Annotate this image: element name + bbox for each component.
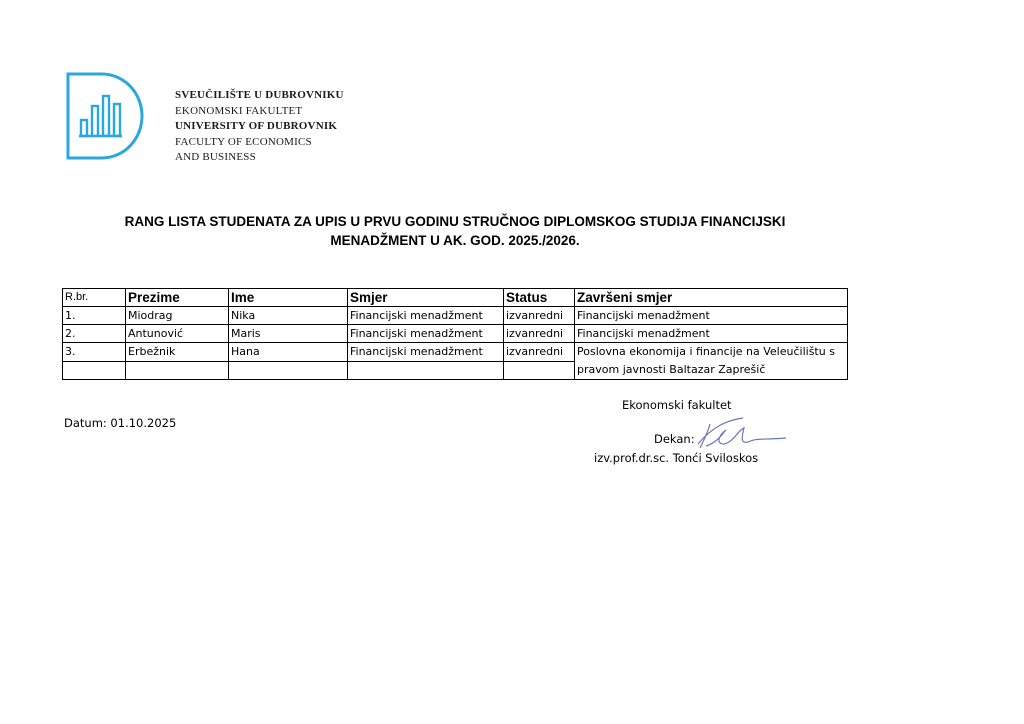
header-ime: Ime bbox=[229, 289, 348, 307]
cell-zavrseni-smjer: Poslovna ekonomija i financije na Veleuč… bbox=[575, 343, 848, 380]
dean-name: izv.prof.dr.sc. Tonći Sviloskos bbox=[594, 451, 758, 465]
header-prezime: Prezime bbox=[126, 289, 229, 307]
cell-ime: Maris bbox=[229, 325, 348, 343]
date-label: Datum: 01.10.2025 bbox=[64, 416, 176, 430]
cell-rbr: 1. bbox=[63, 307, 126, 325]
header-zavrseni-smjer: Završeni smjer bbox=[575, 289, 848, 307]
institution-line: SVEUČILIŠTE U DUBROVNIKU bbox=[175, 88, 344, 104]
cell-empty bbox=[126, 361, 229, 380]
cell-rbr: 2. bbox=[63, 325, 126, 343]
cell-prezime: Antunović bbox=[126, 325, 229, 343]
cell-smjer: Financijski menadžment bbox=[348, 307, 504, 325]
cell-empty bbox=[348, 361, 504, 380]
cell-smjer: Financijski menadžment bbox=[348, 343, 504, 362]
table-header-row: R.br. Prezime Ime Smjer Status Završeni … bbox=[63, 289, 848, 307]
header-rbr: R.br. bbox=[63, 289, 126, 307]
title-line: RANG LISTA STUDENATA ZA UPIS U PRVU GODI… bbox=[60, 212, 850, 231]
ranking-table: R.br. Prezime Ime Smjer Status Završeni … bbox=[62, 288, 848, 380]
cell-ime: Hana bbox=[229, 343, 348, 362]
cell-empty bbox=[63, 361, 126, 380]
institution-line: EKONOMSKI FAKULTET bbox=[175, 104, 344, 120]
cell-empty bbox=[229, 361, 348, 380]
table-row: 1. Miodrag Nika Financijski menadžment i… bbox=[63, 307, 848, 325]
cell-status: izvanredni bbox=[504, 343, 575, 362]
cell-status: izvanredni bbox=[504, 307, 575, 325]
institution-line: FACULTY OF ECONOMICS bbox=[175, 135, 344, 151]
cell-status: izvanredni bbox=[504, 325, 575, 343]
logo-icon bbox=[66, 72, 146, 160]
cell-rbr: 3. bbox=[63, 343, 126, 362]
institution-line: AND BUSINESS bbox=[175, 150, 344, 166]
cell-prezime: Erbežnik bbox=[126, 343, 229, 362]
document-title: RANG LISTA STUDENATA ZA UPIS U PRVU GODI… bbox=[60, 212, 850, 250]
cell-prezime: Miodrag bbox=[126, 307, 229, 325]
cell-zavrseni-smjer: Financijski menadžment bbox=[575, 307, 848, 325]
institution-name: SVEUČILIŠTE U DUBROVNIKU EKONOMSKI FAKUL… bbox=[175, 88, 344, 166]
title-line: MENADŽMENT U AK. GOD. 2025./2026. bbox=[60, 231, 850, 250]
cell-smjer: Financijski menadžment bbox=[348, 325, 504, 343]
header-status: Status bbox=[504, 289, 575, 307]
signature-icon bbox=[688, 414, 788, 454]
table-row: 3. Erbežnik Hana Financijski menadžment … bbox=[63, 343, 848, 362]
cell-ime: Nika bbox=[229, 307, 348, 325]
header-smjer: Smjer bbox=[348, 289, 504, 307]
cell-empty bbox=[504, 361, 575, 380]
institution-line: UNIVERSITY OF DUBROVNIK bbox=[175, 119, 344, 135]
faculty-label: Ekonomski fakultet bbox=[622, 398, 732, 412]
table-row: 2. Antunović Maris Financijski menadžmen… bbox=[63, 325, 848, 343]
cell-zavrseni-smjer: Financijski menadžment bbox=[575, 325, 848, 343]
